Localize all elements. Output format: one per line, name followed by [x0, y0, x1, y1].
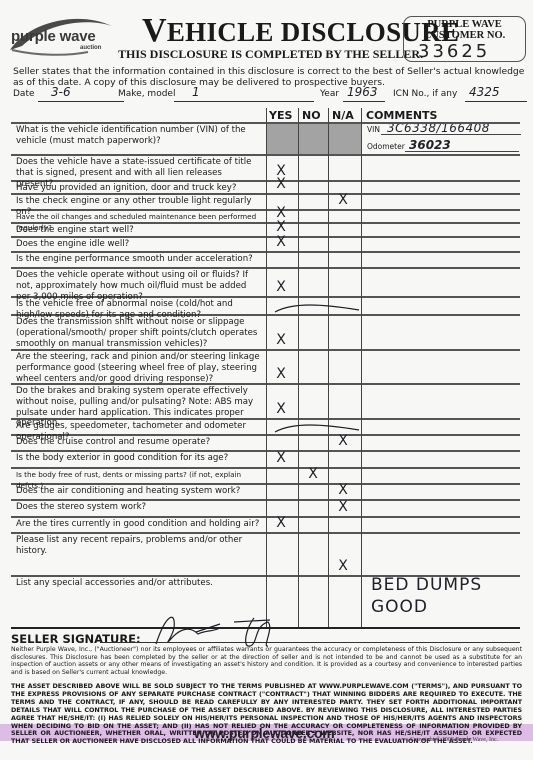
odometer-value[interactable]: 36023: [409, 138, 451, 152]
question-text: Does the vehicle operate without using o…: [16, 270, 261, 302]
date-label: Date: [13, 89, 35, 99]
answer-mark-yes[interactable]: X: [266, 332, 296, 348]
year-value[interactable]: 1963: [347, 85, 378, 99]
question-text: Does the transmission shift without nois…: [16, 317, 261, 349]
year-field[interactable]: Year 1963: [320, 89, 339, 103]
date-field[interactable]: Date 3-6: [13, 89, 35, 103]
icn-label: ICN No., if any: [393, 89, 457, 99]
column-divider: [328, 108, 329, 627]
customer-number-label: PURPLE WAVE CUSTOMER NO.: [404, 19, 525, 41]
answer-mark-no[interactable]: X: [298, 466, 328, 482]
answer-mark-na[interactable]: X: [328, 558, 358, 574]
answer-mark-yes[interactable]: X: [266, 515, 296, 531]
title-initial: V: [142, 12, 167, 49]
answer-mark-yes[interactable]: X: [266, 219, 296, 235]
column-divider: [298, 108, 299, 627]
answer-mark-yes[interactable]: X: [266, 279, 296, 295]
answer-mark-yes[interactable]: X: [266, 176, 296, 192]
disclaimer-text: Neither Purple Wave, Inc., ("Auctioneer"…: [11, 646, 522, 676]
customer-label-line1: PURPLE WAVE: [404, 19, 525, 30]
vin-label: VIN: [367, 125, 380, 134]
logo-text: purple wave: [11, 28, 96, 45]
question-text: Have you provided an ignition, door and …: [16, 183, 261, 194]
answer-mark-yes[interactable]: X: [266, 401, 296, 417]
question-text: Are the tires currently in good conditio…: [16, 519, 261, 530]
question-text: Does the engine idle well?: [16, 239, 261, 250]
seller-statement: Seller states that the information conta…: [13, 66, 528, 88]
customer-number-box: PURPLE WAVE CUSTOMER NO. 33625: [403, 16, 526, 62]
year-line: 1963: [343, 89, 385, 102]
answer-mark-yes[interactable]: X: [266, 450, 296, 466]
answer-mark-na[interactable]: X: [328, 433, 358, 449]
question-text: Is the body exterior in good condition f…: [16, 453, 261, 464]
question-text: Are the steering, rack and pinion and/or…: [16, 352, 261, 384]
question-text: Does the cruise control and resume opera…: [16, 437, 261, 448]
odometer-label: Odometer: [367, 142, 405, 151]
accessories-comment[interactable]: BED DUMPS GOOD: [371, 574, 521, 618]
answer-mark-na[interactable]: X: [328, 499, 358, 515]
answer-mark-na[interactable]: X: [328, 482, 358, 498]
answer-mark-yes[interactable]: X: [266, 234, 296, 250]
customer-label-line2: CUSTOMER NO.: [404, 30, 525, 41]
disclosure-table: YES NO N/A COMMENTS What is the vehicle …: [11, 108, 520, 628]
col-header-yes: YES: [269, 109, 292, 122]
answer-mark-na[interactable]: X: [328, 192, 358, 208]
col-header-no: NO: [302, 109, 321, 122]
icn-line: 4325: [465, 89, 527, 102]
question-vin: What is the vehicle identification numbe…: [16, 125, 246, 147]
date-line: 3-6: [38, 89, 124, 102]
watermark-link[interactable]: www.purplewave.com: [194, 725, 334, 741]
line-through-mark-icon[interactable]: [273, 302, 363, 316]
purple-wave-logo: purple wave auction: [8, 12, 116, 56]
logo-subtext: auction: [80, 45, 101, 51]
col-header-na: N/A: [332, 109, 354, 122]
column-divider: [361, 108, 362, 627]
copyright: Copyright © 2008 Purple Wave, Inc.: [410, 737, 498, 743]
page-subtitle: THIS DISCLOSURE IS COMPLETED BY THE SELL…: [118, 47, 423, 62]
make-model-line: 1: [174, 89, 314, 102]
answer-mark-yes[interactable]: X: [266, 366, 296, 382]
vin-row-shading: [266, 122, 361, 154]
seller-signature-icon[interactable]: [150, 608, 285, 650]
icn-value[interactable]: 4325: [469, 85, 500, 99]
question-text: Does the air conditioning and heating sy…: [16, 486, 261, 497]
make-model-field[interactable]: Make, model 1: [118, 89, 175, 103]
question-text: Does the engine start well?: [16, 225, 261, 236]
year-label: Year: [320, 89, 339, 99]
page-title: VEHICLE DISCLOSURE: [142, 12, 392, 50]
icn-field[interactable]: ICN No., if any 4325: [393, 89, 457, 103]
make-model-value[interactable]: 1: [192, 85, 200, 99]
customer-number-value[interactable]: 33625: [418, 41, 490, 62]
question-text: List any special accessories and/or attr…: [16, 578, 261, 589]
seller-signature-label: SELLER SIGNATURE:: [11, 632, 141, 646]
make-model-label: Make, model: [118, 89, 175, 99]
question-text: Does the stereo system work?: [16, 502, 261, 513]
question-text: Is the engine performance smooth under a…: [16, 254, 261, 265]
date-value[interactable]: 3-6: [51, 85, 71, 99]
question-text: Please list any recent repairs, problems…: [16, 535, 261, 557]
